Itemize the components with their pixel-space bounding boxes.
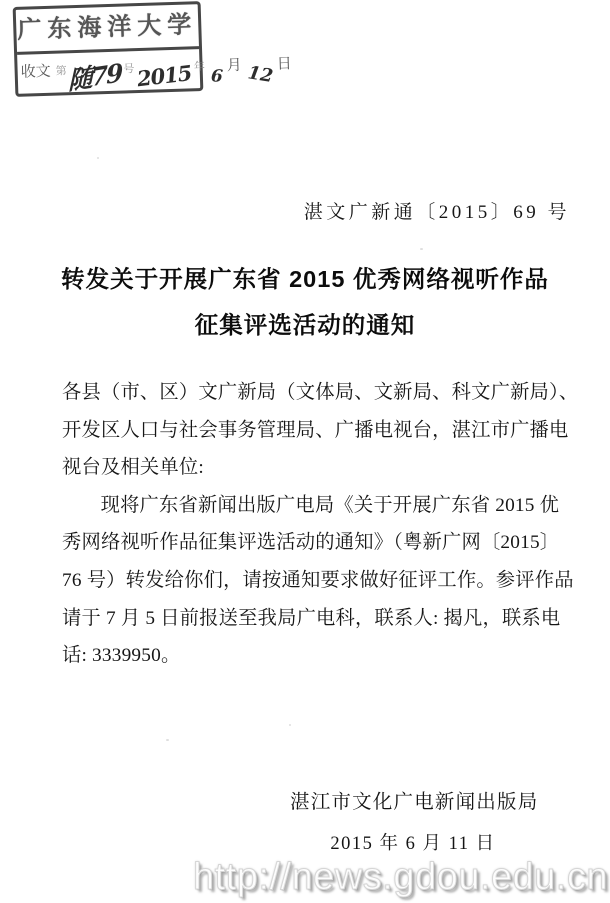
document-title: 转发关于开展广东省 2015 优秀网络视听作品 征集评选活动的通知 (0, 256, 610, 348)
title-line-2: 征集评选活动的通知 (0, 302, 610, 348)
website-watermark: http://news.gdou.edu.cn (193, 856, 608, 899)
university-received-stamp: 广东海洋大学 收文 第 随79 号 2015 年 6 月 12 日 (13, 1, 204, 97)
scan-speck (289, 724, 291, 726)
stamp-template-yue: 月 (226, 58, 242, 74)
stamp-template-di: 第 (56, 65, 67, 77)
body-line-paragraph-5: 话: 3339950。 (62, 637, 574, 675)
issue-date: 2015 年 6 月 11 日 (290, 829, 536, 855)
stamp-template-hao: 号 (123, 63, 134, 75)
stamp-handwritten-number: 随79 (68, 53, 122, 98)
stamp-handwritten-day: 12 (246, 62, 274, 87)
scan-speck (97, 157, 99, 159)
stamp-university-name: 广东海洋大学 (16, 4, 199, 55)
signature-block: 湛江市文化广电新闻出版局 2015 年 6 月 11 日 (290, 786, 536, 855)
body-line-addressees-2: 开发区人口与社会事务管理局、广播电视台，湛江市广播电 (62, 412, 574, 450)
document-number: 湛文广新通〔2015〕69 号 (304, 197, 570, 224)
issuing-org: 湛江市文化广电新闻出版局 (290, 786, 536, 814)
stamp-received-row: 收文 第 随79 号 2015 年 6 月 12 日 (17, 49, 200, 94)
scan-speck (420, 248, 423, 250)
stamp-handwritten-year: 2015 (135, 60, 192, 91)
stamp-template-ri: 日 (277, 56, 293, 72)
body-line-addressees-3: 视台及相关单位: (62, 449, 574, 487)
body-line-paragraph-2: 秀网络视听作品征集评选活动的通知》（粤新广网〔2015〕 (62, 524, 574, 562)
scan-speck (166, 739, 169, 741)
stamp-template-nian: 年 (194, 61, 205, 73)
stamp-received-label: 收文 (20, 64, 51, 81)
body-line-addressees-1: 各县（市、区）文广新局（文体局、文新局、科文广新局）、 (62, 374, 574, 412)
body-line-paragraph-3: 76 号）转发给你们，请按通知要求做好征评工作。参评作品 (62, 562, 574, 600)
body-line-paragraph-4: 请于 7 月 5 日前报送至我局广电科，联系人: 揭凡，联系电 (62, 600, 574, 638)
stamp-handwritten-month: 6 (210, 66, 223, 87)
scanned-notice-page: 广东海洋大学 收文 第 随79 号 2015 年 6 月 12 日 湛文广新通〔… (0, 0, 610, 903)
body-line-paragraph-1: 现将广东省新闻出版广电局《关于开展广东省 2015 优 (62, 487, 574, 525)
title-line-1: 转发关于开展广东省 2015 优秀网络视听作品 (0, 256, 610, 302)
document-body: 各县（市、区）文广新局（文体局、文新局、科文广新局）、 开发区人口与社会事务管理… (62, 374, 574, 675)
